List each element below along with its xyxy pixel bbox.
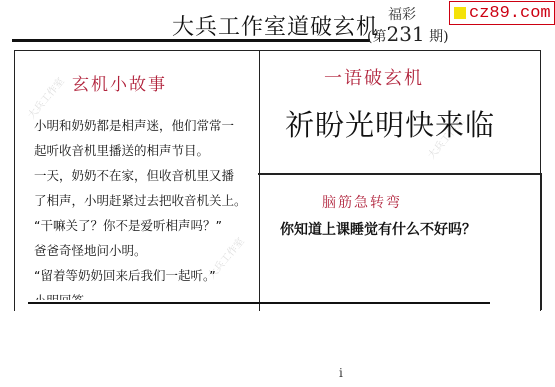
page-title: 大兵工作室道破玄机	[172, 10, 379, 41]
bottom-rule	[28, 302, 490, 304]
story-line: 一天，奶奶不在家，但收音机里又播	[34, 163, 258, 188]
story-line: 起听收音机里播送的相声节目。	[34, 138, 258, 163]
issue-prefix: (第	[367, 29, 386, 45]
story-body: 小明和奶奶都是相声迷，他们常常一 起听收音机里播送的相声节目。 一天，奶奶不在家…	[34, 113, 258, 300]
issue-value: 231	[386, 22, 424, 46]
footer-mark: i	[339, 366, 343, 380]
story-line: “干嘛关了？你不是爱听相声吗？”	[34, 213, 258, 238]
riddle-heading: 脑筋急转弯	[322, 192, 402, 212]
issue-suffix: 期)	[429, 29, 448, 45]
story-heading: 玄机小故事	[72, 70, 167, 95]
title-underline-right	[170, 39, 370, 42]
right-border	[540, 173, 542, 310]
phrase-text: 祈盼光明快来临	[285, 103, 495, 144]
logo-square-icon	[454, 7, 466, 19]
story-line: 爸爸奇怪地问小明。	[34, 238, 258, 263]
phrase-heading: 一语破玄机	[324, 64, 424, 90]
story-line: 小明回答	[34, 288, 258, 300]
logo-text: cz89.com	[469, 4, 551, 23]
story-line: 小明和奶奶都是相声迷，他们常常一	[34, 113, 258, 138]
lottery-label: 福彩	[388, 4, 416, 24]
site-logo[interactable]: cz89.com	[449, 1, 555, 25]
riddle-question: 你知道上课睡觉有什么不好吗？	[280, 219, 476, 239]
story-line: “留着等奶奶回来后我们一起听。”	[34, 263, 258, 288]
story-line: 了相声，小明赶紧过去把收音机关上。	[34, 188, 258, 213]
issue-number: (第231 期)	[367, 22, 449, 46]
